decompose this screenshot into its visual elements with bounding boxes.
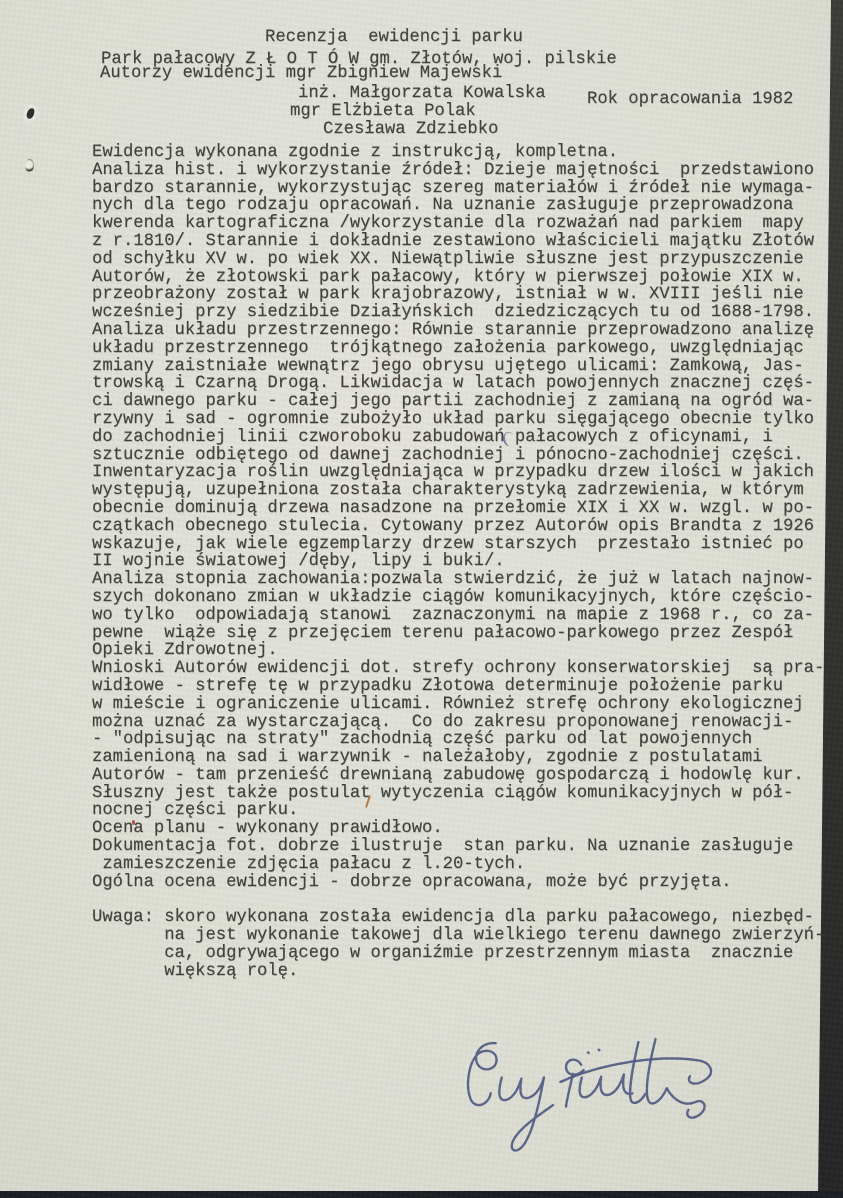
text-line: Inwentaryzacja roślin uwzględniająca w p… [92, 464, 824, 482]
text-line: II wojnie światowej /dęby, lipy i buki/. [92, 553, 824, 571]
signature-stroke [559, 1056, 711, 1090]
text-line: pewne wiąże się z przejęciem terenu pała… [92, 625, 824, 643]
text-line: rzywny i sad - ogromnie zubożyło układ p… [92, 411, 824, 429]
text-line: Ewidencja wykonana zgodnie z instrukcją,… [92, 144, 824, 162]
paper-speck [26, 107, 36, 119]
text-line: Analiza układu przestrzennego: Równie st… [92, 322, 824, 340]
text-line: Uwaga: skoro wykonana została ewidencja … [92, 909, 824, 927]
text-line: Słuszny jest także postulat wytyczenia c… [92, 785, 824, 803]
signature-stroke [466, 1040, 555, 1153]
text-line: trowską i Czarną Drogą. Likwidacja w lat… [92, 375, 824, 393]
signature-stroke [667, 1086, 705, 1118]
text-line: wo tylko odpowiadają stanowi zaznaczonym… [92, 607, 824, 625]
author-name: Czesława Zdziebko [323, 121, 498, 139]
text-line: widłowe - strefę tę w przypadku Złotowa … [92, 678, 824, 696]
text-line: Analiza hist. i wykorzystanie źródeł: Dz… [92, 162, 824, 180]
text-line: z r.1810/. Starannie i dokładnie zestawi… [92, 233, 824, 251]
text-line: Ogólna ocena ewidencji - dobrze opracowa… [92, 874, 824, 892]
text-line: od schyłku XV w. po wiek XX. Niewątpliwi… [92, 251, 824, 269]
text-line: sztucznie odbiętego od dawnej zachodniej… [92, 447, 824, 465]
text-line: wcześniej przy siedzibie Działyńskich dz… [92, 304, 824, 322]
authors-label-line: Autorzy ewidencji mgr Zbigniew Majewski [100, 65, 502, 83]
text-line: ca, odgrywającego w organiźmie przestrze… [92, 945, 824, 963]
review-body-text: Ewidencja wykonana zgodnie z instrukcją,… [92, 144, 824, 980]
text-line: Ocena planu - wykonany prawidłowo. [92, 820, 824, 838]
text-line: bardzo starannie, wykorzystując szereg m… [92, 180, 824, 198]
scan-edge-bottom [0, 1191, 843, 1198]
text-line: zmiany zaistniałe wewnątrz jego obrysu u… [92, 358, 824, 376]
text-line: można uznać za wystarczającą. Co do zakr… [92, 714, 824, 732]
ink-speck [132, 820, 135, 825]
paper-speck [25, 159, 34, 172]
text-line: układu przestrzennego trójkątnego założe… [92, 340, 824, 358]
text-line: Autorów, że złotowski park pałacowy, któ… [92, 269, 824, 287]
scanned-document-page: Recenzja ewidencji parku Park pałacowy Z… [0, 0, 843, 1198]
text-line: zamieszczenie zdjęcia pałacu z l.20-tych… [92, 856, 824, 874]
text-line: występują, uzupełniona została charakter… [92, 482, 824, 500]
text-line: w mieście i ograniczenie ulicami. Równie… [92, 696, 824, 714]
text-line: - "odpisując na straty" zachodnią część … [92, 731, 824, 749]
text-line: nych dla tego rodzaju opracowań. Na uzna… [92, 197, 824, 215]
text-line: szych dokonano zmian w układzie ciągów k… [92, 589, 824, 607]
author-name: inż. Małgorzata Kowalska [298, 85, 546, 103]
text-line: przeobrażony został w park krajobrazowy,… [92, 286, 824, 304]
text-line [92, 891, 824, 909]
text-line: Analiza stopnia zachowania:pozwala stwie… [92, 571, 824, 589]
author-name: mgr Elżbieta Polak [290, 103, 476, 121]
text-line: kwerenda kartograficzna /wykorzystanie d… [92, 215, 824, 233]
signature-stroke [563, 1039, 668, 1108]
text-line: wskazuje, jak wiele egzemplarzy drzew st… [92, 536, 824, 554]
document-title: Recenzja ewidencji parku [265, 29, 523, 47]
text-line: większą rolę. [92, 963, 824, 981]
text-line: ci dawnego parku - całej jego partii zac… [92, 393, 824, 411]
text-line: do zachodniej linii czworoboku zabudowań… [92, 429, 824, 447]
handwritten-signature [459, 1023, 736, 1175]
text-line: Autorów - tam przenieść drewnianą zabudo… [92, 767, 824, 785]
year-of-elaboration: Rok opracowania 1982 [587, 91, 793, 109]
text-line: Wnioski Autorów ewidencji dot. strefy oc… [92, 660, 824, 678]
text-line: obecnie dominują drzewa nasadzone na prz… [92, 500, 824, 518]
text-line: na jest wykonanie takowej dla wielkiego … [92, 927, 824, 945]
text-line: zamienioną na sad i warzywnik - należało… [92, 749, 824, 767]
text-line: Dokumentacja fot. dobrze ilustruje stan … [92, 838, 824, 856]
text-line: czątkach obecnego stulecia. Cytowany prz… [92, 518, 824, 536]
text-line: nocnej części parku. [92, 802, 824, 820]
text-line: Opieki Zdrowotnej. [92, 642, 824, 660]
